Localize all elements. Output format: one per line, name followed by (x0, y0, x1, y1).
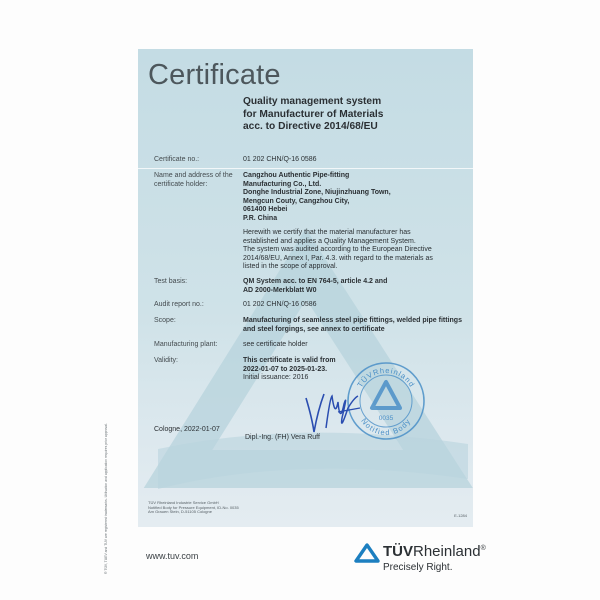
subtitle-line: Quality management system (243, 96, 383, 109)
audit-report-label: Audit report no.: (154, 301, 244, 310)
issuer-address: TÜV Rheinland Industrie Service GmbH Not… (148, 501, 239, 515)
signature-icon (302, 388, 362, 438)
test-basis-label: Test basis: (154, 278, 244, 287)
trademark-side-note: ® TÜV, TUEV and TUV are registered trade… (104, 423, 108, 574)
statement-line: listed in the scope of approval. (243, 263, 468, 272)
certificate-no-value: 01 202 CHN/Q-16 0586 (243, 156, 468, 165)
divider (138, 168, 473, 169)
statement-line: established and applies a Quality Manage… (243, 238, 468, 247)
holder-line: Manufacturing Co., Ltd. (243, 181, 468, 190)
certification-statement: Herewith we certify that the material ma… (243, 229, 468, 272)
label-line: Name and address of the (154, 172, 244, 181)
test-basis-line: AD 2000-Merkblatt W0 (243, 287, 468, 296)
brand-tagline: Precisely Right. (383, 562, 452, 573)
label-line: certificate holder: (154, 181, 244, 190)
holder-line: Donghe Industrial Zone, Niujinzhuang Tow… (243, 189, 468, 198)
holder-value: Cangzhou Authentic Pipe-fitting Manufact… (243, 172, 468, 224)
scope-line: Manufacturing of seamless steel pipe fit… (243, 317, 468, 326)
scope-label: Scope: (154, 317, 244, 326)
certificate-no-label: Certificate no.: (154, 156, 244, 165)
statement-line: Herewith we certify that the material ma… (243, 229, 468, 238)
holder-line: 061400 Hebei (243, 206, 468, 215)
scope-value: Manufacturing of seamless steel pipe fit… (243, 317, 468, 334)
holder-label: Name and address of the certificate hold… (154, 172, 244, 189)
test-basis-value: QM System acc. to EN 764-5, article 4.2 … (243, 278, 468, 295)
certificate-panel: Certificate Quality management system fo… (138, 49, 473, 527)
scope-line: and steel forgings, see annex to certifi… (243, 326, 468, 335)
holder-line: P.R. China (243, 215, 468, 224)
subtitle-line: acc. to Directive 2014/68/EU (243, 121, 383, 134)
statement-line: 2014/68/EU, Annex I, Par. 4.3. with rega… (243, 255, 468, 264)
place-date: Cologne, 2022-01-07 (154, 426, 220, 433)
manufacturing-plant-label: Manufacturing plant: (154, 341, 244, 350)
holder-line: Cangzhou Authentic Pipe-fitting (243, 172, 468, 181)
form-code: E-1284 (454, 513, 467, 518)
brand-logo: TÜVRheinland® (383, 543, 486, 560)
subtitle-line: for Manufacturer of Materials (243, 109, 383, 122)
website-link[interactable]: www.tuv.com (146, 551, 198, 561)
brand-bold: TÜV (383, 543, 413, 560)
certificate-subtitle: Quality management system for Manufactur… (243, 96, 383, 134)
svg-text:0035: 0035 (379, 415, 394, 422)
validity-label: Validity: (154, 357, 244, 366)
issuer-line: Am Grauen Stein, D-51105 Cologne (148, 510, 239, 515)
page-title: Certificate (148, 59, 281, 92)
brand-rest: Rheinland (413, 543, 481, 560)
test-basis-line: QM System acc. to EN 764-5, article 4.2 … (243, 278, 468, 287)
tuv-triangle-logo-icon (354, 543, 380, 563)
audit-report-value: 01 202 CHN/Q-16 0586 (243, 301, 468, 310)
statement-line: The system was audited according to the … (243, 246, 468, 255)
registered-mark: ® (481, 545, 486, 552)
manufacturing-plant-value: see certificate holder (243, 341, 468, 350)
holder-line: Mengcun Couty, Cangzhou City, (243, 198, 468, 207)
